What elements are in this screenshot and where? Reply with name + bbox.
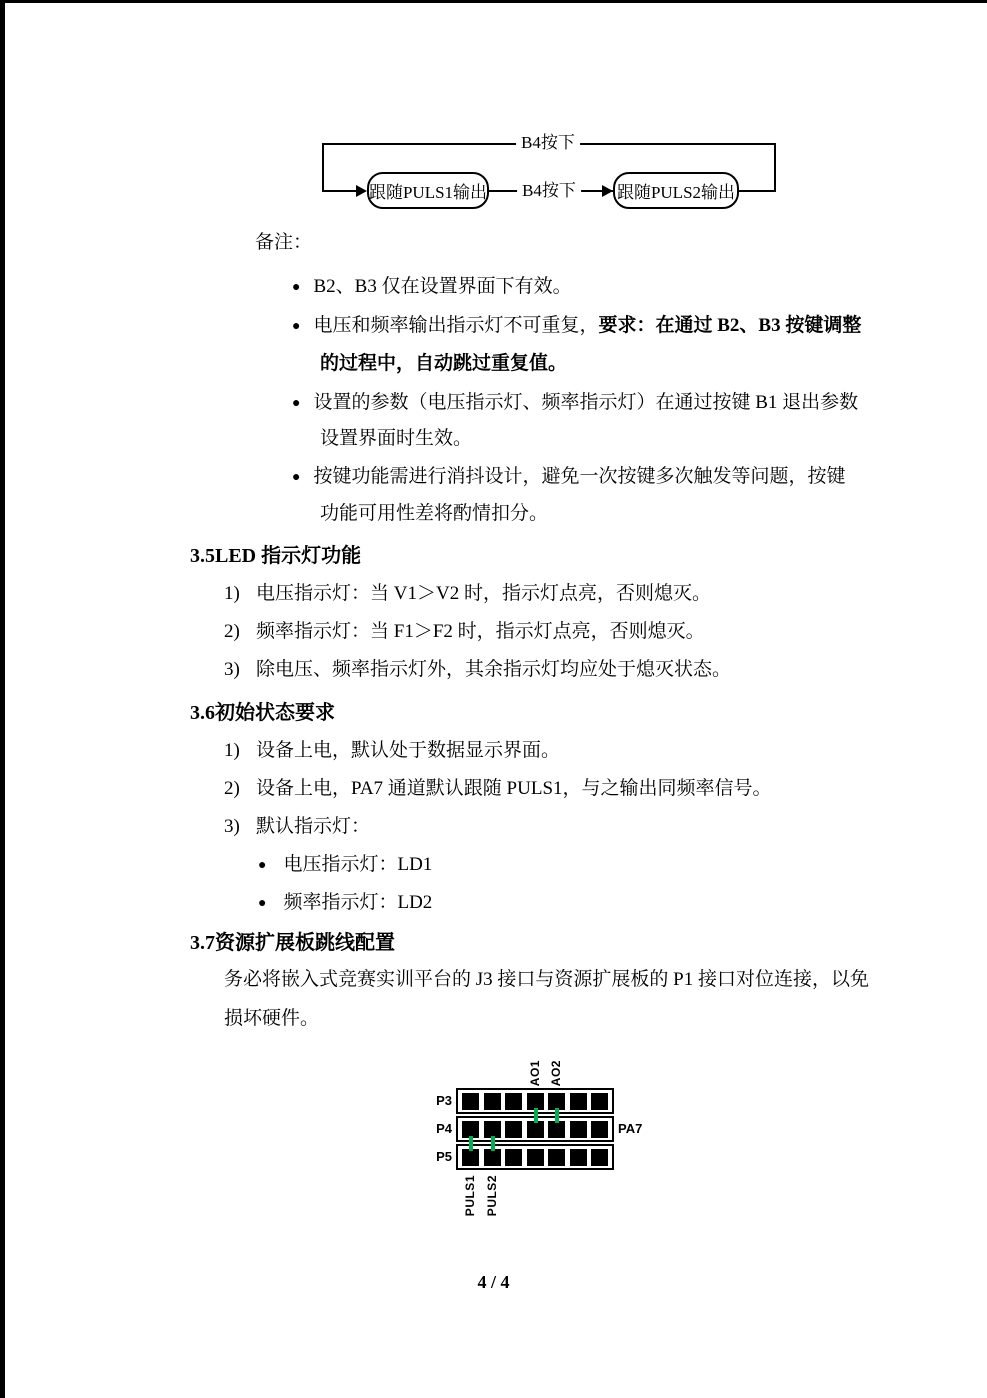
- item-text: 默认指示灯：: [256, 816, 370, 837]
- list-item: 2)设备上电，PA7 通道默认跟随 PULS1，与之输出同频率信号。: [224, 776, 772, 802]
- note-text: 功能可用性差将酌情扣分。: [320, 503, 548, 524]
- item-number: 1): [224, 581, 256, 607]
- page-left-edge-artifact: [0, 0, 5, 1398]
- pin: [548, 1121, 565, 1138]
- pin: [462, 1093, 479, 1110]
- note-text: 按键功能需进行消抖设计，避免一次按键多次触发等问题，按键: [313, 466, 845, 487]
- document-page: B4按下 跟随PULS1输出 B4按下 跟随PULS2输出 备注： ●B2、B3…: [0, 0, 987, 1398]
- loop-right-line: [774, 143, 776, 190]
- bullet-icon: ●: [258, 853, 266, 879]
- section-led-title: 3.5LED 指示灯功能: [190, 543, 361, 570]
- section-jumper-title: 3.7资源扩展板跳线配置: [190, 930, 395, 957]
- pin: [505, 1121, 522, 1138]
- jumper-wire: [469, 1136, 473, 1151]
- pin: [591, 1093, 608, 1110]
- item-text: 频率指示灯：LD2: [283, 892, 432, 913]
- item-text: 除电压、频率指示灯外，其余指示灯均应处于熄灭状态。: [256, 659, 731, 680]
- bullet-icon: ●: [292, 314, 300, 340]
- pin: [527, 1149, 544, 1166]
- sub-bullet-item: ●频率指示灯：LD2: [258, 890, 432, 917]
- note-text-bold: 要求：在通过 B2、B3 按键调整: [598, 315, 861, 336]
- loop-left-line: [322, 143, 324, 190]
- pin: [505, 1093, 522, 1110]
- pin-label-puls1: PULS1: [463, 1175, 477, 1216]
- state-puls1: 跟随PULS1输出: [367, 172, 489, 209]
- bullet-icon: ●: [292, 465, 300, 491]
- bullet-icon: ●: [292, 391, 300, 417]
- list-item: 3)除电压、频率指示灯外，其余指示灯均应处于熄灭状态。: [224, 657, 731, 683]
- pin: [484, 1093, 501, 1110]
- pin: [570, 1093, 587, 1110]
- state-flow-diagram: B4按下 跟随PULS1输出 B4按下 跟随PULS2输出: [320, 138, 780, 216]
- item-text: 设备上电，PA7 通道默认跟随 PULS1，与之输出同频率信号。: [256, 778, 772, 799]
- jumper-board: [456, 1088, 614, 1172]
- list-item: 1)设备上电，默认处于数据显示界面。: [224, 738, 560, 764]
- item-number: 2): [224, 776, 256, 802]
- paragraph-line: 损坏硬件。: [224, 1006, 319, 1032]
- note-line: ●B2、B3 仅在设置界面下有效。: [292, 274, 572, 301]
- pin: [570, 1121, 587, 1138]
- row-label-p4: P4: [430, 1121, 452, 1136]
- loop-transition-label: B4按下: [516, 134, 580, 151]
- transition-label: B4按下: [517, 182, 581, 199]
- item-number: 2): [224, 619, 256, 645]
- note-line: ●设置的参数（电压指示灯、频率指示灯）在通过按键 B1 退出参数: [292, 390, 858, 417]
- item-number: 3): [224, 657, 256, 683]
- arrowhead-right-icon: [602, 185, 613, 197]
- bullet-icon: ●: [258, 891, 266, 917]
- pin-label-ao2: AO2: [549, 1060, 563, 1086]
- item-number: 1): [224, 738, 256, 764]
- pin: [591, 1149, 608, 1166]
- pin: [570, 1149, 587, 1166]
- pin: [484, 1149, 501, 1166]
- note-line: 的过程中，自动跳过重复值。: [320, 351, 567, 377]
- exit-line: [737, 190, 776, 192]
- jumper-wire: [555, 1108, 559, 1123]
- item-number: 3): [224, 814, 256, 840]
- note-text: 设置界面时生效。: [320, 428, 472, 449]
- paragraph-line: 务必将嵌入式竞赛实训平台的 J3 接口与资源扩展板的 P1 接口对位连接，以免: [224, 967, 869, 993]
- entry-line: [322, 190, 360, 192]
- pin-label-puls2: PULS2: [485, 1175, 499, 1216]
- right-label-pa7: PA7: [618, 1121, 642, 1136]
- item-text: 电压指示灯：LD1: [283, 854, 432, 875]
- item-text: 设备上电，默认处于数据显示界面。: [256, 740, 560, 761]
- row-label-p3: P3: [430, 1093, 452, 1108]
- note-line: 设置界面时生效。: [320, 426, 472, 452]
- jumper-wire: [534, 1108, 538, 1123]
- jumper-wire: [491, 1136, 495, 1151]
- pin: [462, 1149, 479, 1166]
- sub-bullet-item: ●电压指示灯：LD1: [258, 852, 432, 879]
- note-line: ●电压和频率输出指示灯不可重复，要求：在通过 B2、B3 按键调整: [292, 313, 861, 340]
- page-number: 4 / 4: [0, 1272, 987, 1293]
- item-text: 频率指示灯：当 F1＞F2 时，指示灯点亮，否则熄灭。: [256, 621, 705, 642]
- pin: [505, 1149, 522, 1166]
- row-label-p5: P5: [430, 1149, 452, 1164]
- list-item: 2)频率指示灯：当 F1＞F2 时，指示灯点亮，否则熄灭。: [224, 619, 705, 645]
- note-line: 功能可用性差将酌情扣分。: [320, 501, 548, 527]
- jumper-board-figure: P3 P4 P5 PA7 AO1AO2PULS1PULS2: [430, 1052, 670, 1217]
- item-text: 电压指示灯：当 V1＞V2 时，指示灯点亮，否则熄灭。: [256, 583, 711, 604]
- note-line: ●按键功能需进行消抖设计，避免一次按键多次触发等问题，按键: [292, 464, 845, 491]
- state-puls2: 跟随PULS2输出: [613, 172, 739, 209]
- pin: [548, 1149, 565, 1166]
- pin-label-ao1: AO1: [528, 1060, 542, 1086]
- note-text-bold: 的过程中，自动跳过重复值。: [320, 353, 567, 374]
- note-text: 电压和频率输出指示灯不可重复，: [313, 315, 598, 336]
- notes-title: 备注：: [255, 230, 312, 256]
- page-top-edge-artifact: [0, 0, 987, 3]
- note-text: 设置的参数（电压指示灯、频率指示灯）在通过按键 B1 退出参数: [313, 392, 858, 413]
- list-item: 3)默认指示灯：: [224, 814, 370, 840]
- pin: [527, 1121, 544, 1138]
- note-text: B2、B3 仅在设置界面下有效。: [313, 276, 571, 297]
- pin: [591, 1121, 608, 1138]
- list-item: 1)电压指示灯：当 V1＞V2 时，指示灯点亮，否则熄灭。: [224, 581, 711, 607]
- section-init-title: 3.6初始状态要求: [190, 700, 335, 727]
- pin-row-p5: [456, 1144, 614, 1170]
- arrowhead-right-icon: [356, 185, 367, 197]
- bullet-icon: ●: [292, 275, 300, 301]
